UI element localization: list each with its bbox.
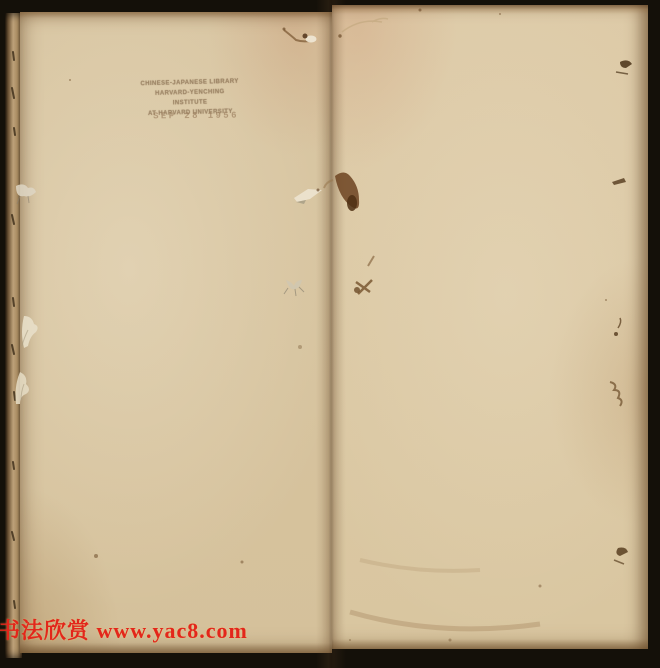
stamp-line-2: HARVARD-YENCHING INSTITUTE (140, 87, 240, 110)
left-page: CHINESE-JAPANESE LIBRARY HARVARD-YENCHIN… (20, 12, 332, 653)
right-page (332, 5, 648, 649)
book-scan-background: CHINESE-JAPANESE LIBRARY HARVARD-YENCHIN… (0, 0, 660, 668)
watermark-text: 书法欣赏 www.yac8.com (0, 614, 248, 645)
date-received-stamp: SEP 28 1956 (153, 111, 239, 122)
